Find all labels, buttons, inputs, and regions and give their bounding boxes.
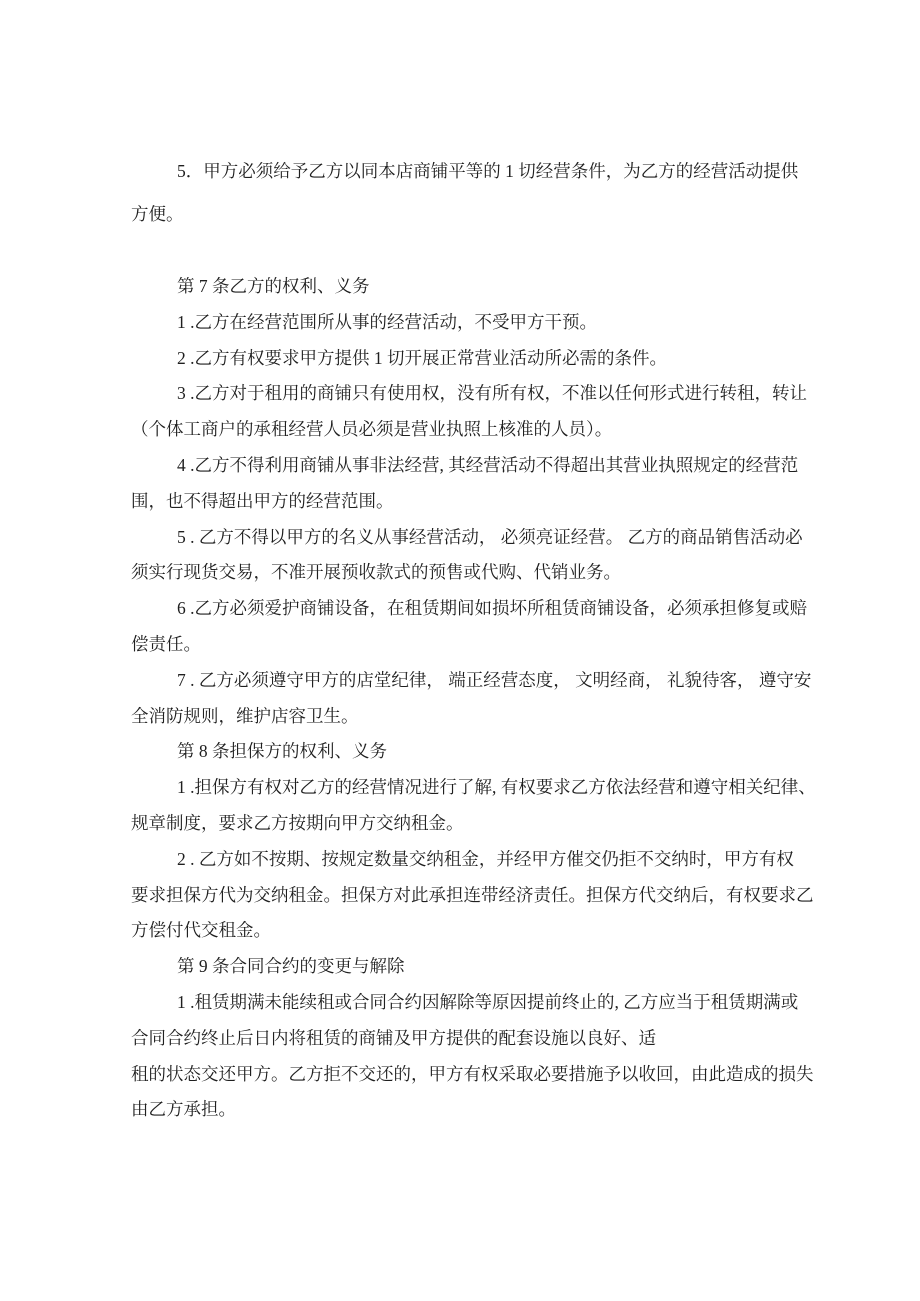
text-line: 方便。	[131, 193, 791, 236]
text-line: 6 .乙方必须爱护商铺设备，在租赁期间如损坏所租赁商铺设备，必须承担修复或赔	[131, 591, 791, 627]
text-line: 第 7 条乙方的权利、义务	[131, 269, 791, 305]
text-line: 方偿付代交租金。	[131, 913, 791, 949]
text-line: 规章制度，要求乙方按期向甲方交纳租金。	[131, 806, 791, 842]
text-line: 1 .担保方有权对乙方的经营情况进行了解, 有权要求乙方依法经营和遵守相关纪律、	[131, 770, 791, 806]
text-line: 第 9 条合同合约的变更与解除	[131, 949, 791, 985]
text-line: （个体工商户的承租经营人员必须是营业执照上核准的人员）。	[131, 412, 791, 448]
text-line: 偿责任。	[131, 627, 791, 663]
text-line: 5．甲方必须给予乙方以同本店商铺平等的 1 切经营条件，为乙方的经营活动提供	[131, 150, 791, 193]
text-line: 围，也不得超出甲方的经营范围。	[131, 484, 791, 520]
text-line: 须实行现货交易，不准开展预收款式的预售或代购、代销业务。	[131, 555, 791, 591]
text-line: 1 .租赁期满未能续租或合同合约因解除等原因提前终止的, 乙方应当于租赁期满或	[131, 985, 791, 1021]
text-line: 租的状态交还甲方。乙方拒不交还的，甲方有权采取必要措施予以收回，由此造成的损失	[131, 1057, 791, 1093]
text-line: 5 . 乙方不得以甲方的名义从事经营活动， 必须亮证经营。 乙方的商品销售活动必	[131, 520, 791, 556]
blank-line	[131, 236, 791, 269]
text-line: 7 . 乙方必须遵守甲方的店堂纪律， 端正经营态度， 文明经商， 礼貌待客， 遵…	[131, 663, 791, 699]
text-line: 由乙方承担。	[131, 1092, 791, 1128]
text-line: 要求担保方代为交纳租金。担保方对此承担连带经济责任。担保方代交纳后，有权要求乙	[131, 878, 791, 914]
document-page: 5．甲方必须给予乙方以同本店商铺平等的 1 切经营条件，为乙方的经营活动提供方便…	[0, 0, 920, 1301]
text-line: 4 .乙方不得利用商铺从事非法经营, 其经营活动不得超出其营业执照规定的经营范	[131, 448, 791, 484]
text-line: 全消防规则，维护店容卫生。	[131, 699, 791, 735]
text-line: 3 .乙方对于租用的商铺只有使用权，没有所有权，不准以任何形式进行转租，转让	[131, 376, 791, 412]
text-line: 2 . 乙方如不按期、按规定数量交纳租金，并经甲方催交仍拒不交纳时，甲方有权	[131, 842, 791, 878]
contract-text-body: 5．甲方必须给予乙方以同本店商铺平等的 1 切经营条件，为乙方的经营活动提供方便…	[131, 150, 791, 1128]
text-line: 1 .乙方在经营范围所从事的经营活动，不受甲方干预。	[131, 305, 791, 341]
text-line: 2 .乙方有权要求甲方提供 1 切开展正常营业活动所必需的条件。	[131, 341, 791, 377]
text-line: 合同合约终止后日内将租赁的商铺及甲方提供的配套设施以良好、适	[131, 1021, 791, 1057]
text-line: 第 8 条担保方的权利、义务	[131, 734, 791, 770]
